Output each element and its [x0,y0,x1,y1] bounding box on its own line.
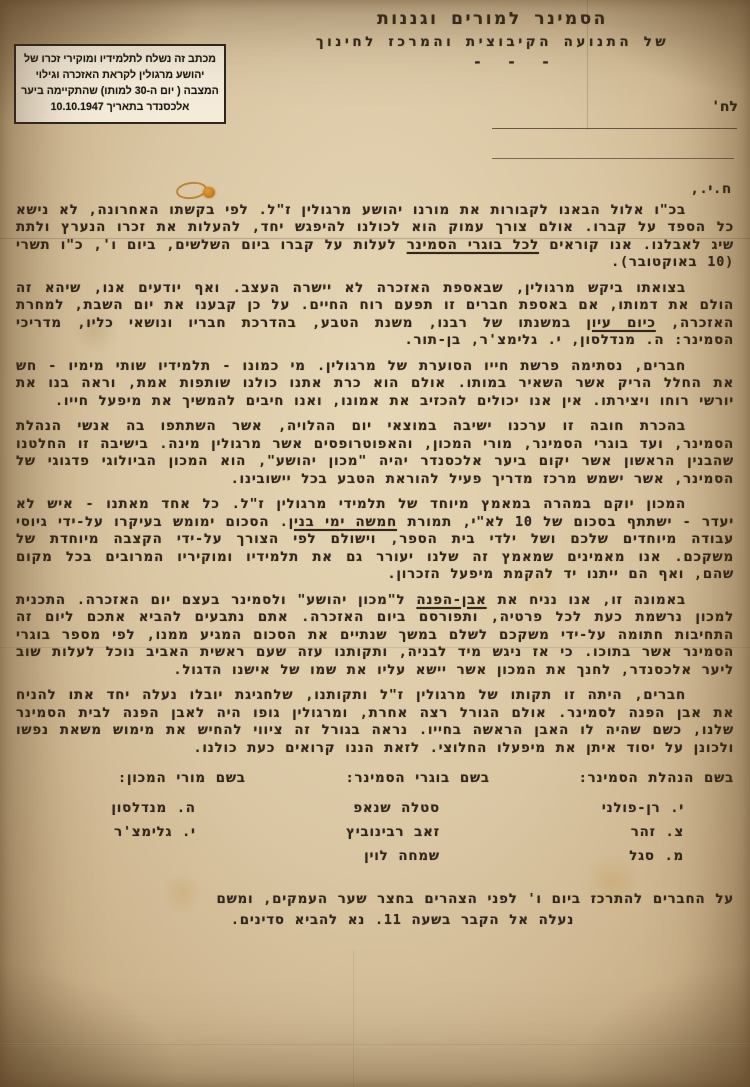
closing-instructions: על החברים להתרכז ביום ו' לפני הצהרים בחצ… [16,891,734,930]
signature-name: י. גלימצ'ר [16,821,246,845]
archival-note-box: מכתב זה נשלח לתלמידיו ומוקירי זכרו של יה… [14,44,226,124]
signature-title: בשם מורי המכון: [16,770,246,788]
paragraph-funding: המכון יוקם במהרה במאמץ מיוחד של תלמידי מ… [16,496,734,584]
signature-name: שמחה לוין [260,845,490,869]
signature-name: זאב רבינוביץ [260,821,490,845]
letter-body: ח.י., בכ"ו אלול הבאנו לקבורות את מורנו י… [16,181,734,930]
closing-line: נעלה אל הקבר בשעה 11. נא להביא סדינים. [16,912,734,930]
signature-name: י. רן-פולני [504,797,734,821]
letterhead-subtitle: של התנועה הקיבוצית והמרכז לחינוך [240,34,745,50]
signature-title: בשם בוגרי הסמינר: [260,770,490,788]
closing-line: על החברים להתרכז ביום ו' לפני הצהרים בחצ… [16,891,734,909]
signature-name: סטלה שנאפ [260,797,490,821]
signature-name: מ. סגל [504,845,734,869]
paragraph-text: באמונה זו, אנו נניח את [487,593,686,608]
signature-name: צ. זהר [504,821,734,845]
paragraph-study-day: בצואתו ביקש מרגולין, שבאספת האזכרה לא יי… [16,280,734,350]
paragraph-cornerstone: באמונה זו, אנו נניח את אבן-הפנה ל"מכון י… [16,592,734,680]
paragraph-legacy: חברים, נסתימה פרשת חייו הסוערת של מרגולי… [16,358,734,411]
underlined-text: כיום עיון [586,316,655,331]
signature-block: בשם הנהלת הסמינר: י. רן-פולני צ. זהר מ. … [16,770,734,869]
greeting: ח.י., [16,181,732,199]
recipient-blank-line [492,158,734,159]
recipient-label: לח' [711,99,738,115]
paper-crease-horizontal [0,1043,750,1046]
paragraph-hope: חברים, היתה זו תקותו של מרגולין ז"ל ותקו… [16,687,734,757]
underlined-text: לכל בוגרי הסמינר [407,238,539,253]
paragraph-burial-announcement: בכ"ו אלול הבאנו לקבורות את מורנו יהושע מ… [16,202,734,272]
signature-col-seminary-management: בשם הנהלת הסמינר: י. רן-פולני צ. זהר מ. … [504,770,734,869]
letterhead-dashes: - - - [240,53,745,71]
paragraph-text: חברים, היתה זו תקותו של מרגולין ז"ל ותקו… [16,688,734,756]
letterhead-title: הסמינר למורים וגננות [240,9,745,29]
underlined-text: חמשה ימי בנין [289,515,397,530]
paper-crease-vertical [352,950,355,1087]
paragraph-text: בהכרת חובה זו ערכנו ישיבה במוצאי יום ההל… [16,419,734,487]
signature-col-seminary-graduates: בשם בוגרי הסמינר: סטלה שנאפ זאב רבינוביץ… [260,770,490,869]
letterhead: הסמינר למורים וגננות של התנועה הקיבוצית … [240,9,745,71]
signature-name: ה. מנדלסון [16,797,246,821]
paragraph-text: חברים, נסתימה פרשת חייו הסוערת של מרגולי… [16,359,734,409]
scanned-letter-page: הסמינר למורים וגננות של התנועה הקיבוצית … [0,0,750,1087]
paragraph-institute-decision: בהכרת חובה זו ערכנו ישיבה במוצאי יום ההל… [16,418,734,488]
signature-col-institute-teachers: בשם מורי המכון: ה. מנדלסון י. גלימצ'ר [16,770,246,869]
recipient-blank-line [492,128,737,129]
signature-title: בשם הנהלת הסמינר: [504,770,734,788]
underlined-text: אבן-הפנה [416,593,486,608]
